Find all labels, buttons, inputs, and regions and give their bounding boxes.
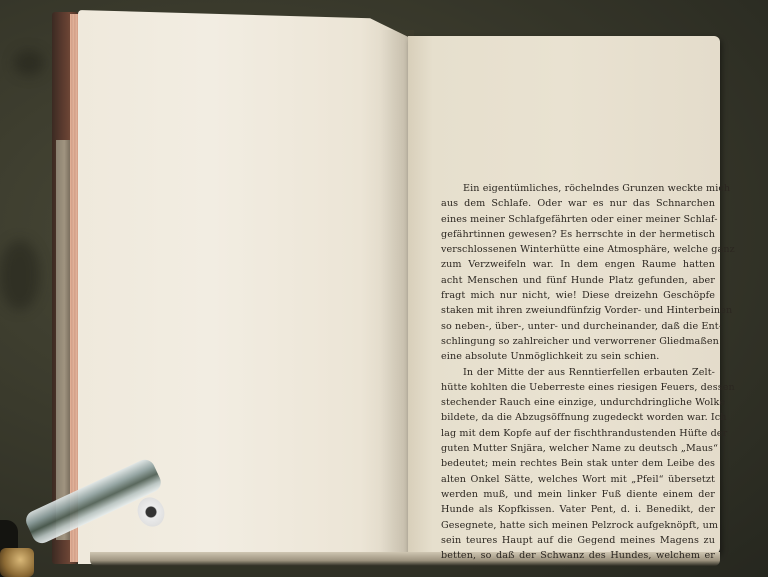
text-line: acht Menschen und fünf Hunde Platz gefun… [441, 273, 715, 288]
text-line: schlingung so zahlreicher und verworrene… [441, 334, 715, 349]
paragraph-1: Ein eigentümliches, röchelndes Grunzen w… [441, 181, 715, 365]
text-line: gefährtinnen gewesen? Es herrschte in de… [441, 227, 715, 242]
text-line: verschlossenen Winterhütte eine Atmosphä… [441, 242, 715, 257]
text-line: Gesegnete, hatte sich meinen Pelzrock au… [441, 518, 715, 533]
text-line: aus dem Schlafe. Oder war es nur das Sch… [441, 196, 715, 211]
text-line: lag mit dem Kopfe auf der fischthrandust… [441, 426, 715, 441]
text-line: eine absolute Unmöglichkeit zu sein schi… [441, 349, 715, 364]
text-line: so neben-, über-, unter- und durcheinand… [441, 319, 715, 334]
text-line: stechender Rauch eine einzige, undurchdr… [441, 395, 715, 410]
brass-fitting [0, 548, 34, 577]
text-line: fragt mich nur nicht, wie! Diese dreizeh… [441, 288, 715, 303]
text-line: werden muß, und mein linker Fuß diente e… [441, 487, 715, 502]
right-page-text: Ein eigentümliches, röchelndes Grunzen w… [441, 181, 715, 563]
text-line: guten Mutter Snjära, welcher Name zu deu… [441, 441, 715, 456]
text-line: In der Mitte der aus Renntierfellen erba… [441, 365, 715, 380]
text-line: Hunde als Kopfkissen. Vater Pent, d. i. … [441, 502, 715, 517]
text-line: betten, so daß der Schwanz des Hundes, w… [441, 548, 715, 563]
paragraph-2: In der Mitte der aus Renntierfellen erba… [441, 365, 715, 564]
book-board-edge [56, 140, 70, 540]
text-line: zum Verzweifeln war. In dem engen Raume … [441, 257, 715, 272]
cloth-shadow [0, 240, 40, 310]
text-line: bedeutet; mein rechtes Bein stak unter d… [441, 456, 715, 471]
text-line: eines meiner Schlafgefährten oder einer … [441, 212, 715, 227]
text-line: hütte kohlten die Ueberreste eines riesi… [441, 380, 715, 395]
cloth-shadow [14, 50, 44, 76]
text-line: alten Onkel Sätte, welches Wort mit „Pfe… [441, 472, 715, 487]
text-line: bildete, da die Abzugsöffnung zugedeckt … [441, 410, 715, 425]
text-line: staken mit ihren zweiundfünfzig Vorder- … [441, 303, 715, 318]
text-line: Ein eigentümliches, röchelndes Grunzen w… [441, 181, 715, 196]
text-line: sein teures Haupt auf die Gegend meines … [441, 533, 715, 548]
